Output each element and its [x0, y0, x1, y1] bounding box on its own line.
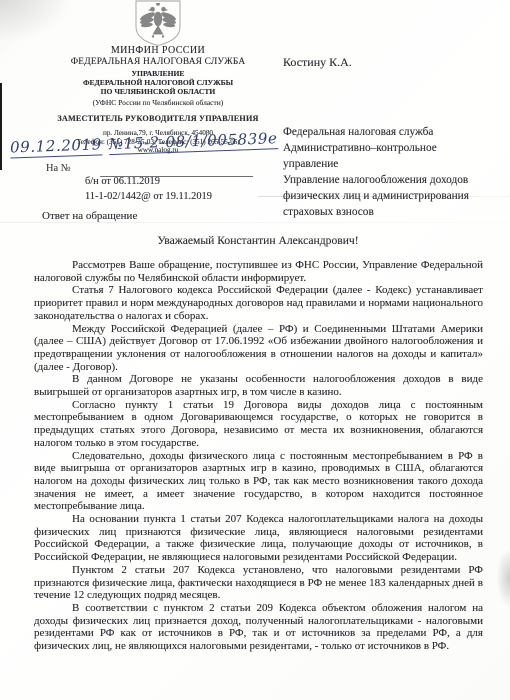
paragraph: На основании пункта 1 статьи 207 Кодекса…: [34, 513, 483, 564]
addressee-org-line: Управление налогообложения доходов: [283, 172, 508, 188]
paragraph: В соответствии с пунктом 2 статьи 209 Ко…: [34, 602, 483, 653]
addressee-name: Костину К.А.: [283, 55, 352, 70]
service-name: ФЕДЕРАЛЬНАЯ НАЛОГОВАЯ СЛУЖБА: [14, 57, 302, 68]
paragraph: Статья 7 Налогового кодекса Российской Ф…: [34, 284, 483, 322]
paragraph: Между Российской Федерацией (далее – РФ)…: [34, 323, 483, 374]
scan-artifact-left-edge: [0, 83, 2, 170]
addressee-org-line: управление: [283, 156, 508, 172]
addressee-org-line: физических лиц и администрирования: [283, 188, 508, 204]
paragraph: Пунктом 2 статьи 207 Кодекса установлено…: [34, 564, 483, 602]
scan-corner-shadow: [0, 0, 70, 40]
department-name-line: ПО ЧЕЛЯБИНСКОЙ ОБЛАСТИ: [14, 88, 302, 97]
reference-numbers: б/н от 06.11.2019 11-1-02/1442@ от 19.11…: [85, 174, 212, 204]
ministry-name: МИНФИН РОССИИ: [14, 45, 302, 57]
reference-line: 11-1-02/1442@ от 19.11.2019: [85, 189, 212, 204]
reference-line: б/н от 06.11.2019: [85, 174, 212, 189]
letter-body: Рассмотрев Ваше обращение, поступившее и…: [34, 259, 483, 653]
paragraph: Согласно пункту 1 статьи 19 Договора вид…: [34, 399, 483, 450]
addressee-organization: Федеральная налоговая служба Администрат…: [283, 124, 508, 220]
paragraph: Рассмотрев Ваше обращение, поступившее и…: [34, 259, 483, 284]
addressee-org-line: страховых взносов: [283, 204, 508, 220]
coat-of-arms-icon: [129, 0, 187, 47]
incoming-number-label: На №: [46, 163, 71, 174]
paper-crease: [0, 222, 510, 223]
paragraph: В данном Договоре не указаны особенности…: [34, 373, 483, 398]
scan-smudge: [496, 548, 510, 608]
subject-line: Ответ на обращение: [42, 210, 137, 222]
department-abbreviation: (УФНС России по Челябинской области): [14, 98, 302, 107]
official-title: ЗАМЕСТИТЕЛЬ РУКОВОДИТЕЛЯ УПРАВЛЕНИЯ: [14, 114, 302, 123]
addressee-org-line: Административно–контрольное: [283, 140, 508, 156]
scanned-letter-page: МИНФИН РОССИИ ФЕДЕРАЛЬНАЯ НАЛОГОВАЯ СЛУЖ…: [0, 0, 510, 700]
paragraph: Следовательно, доходы физического лица с…: [34, 450, 483, 514]
handwritten-date: 09.12.2019: [10, 135, 103, 158]
addressee-org-line: Федеральная налоговая служба: [283, 124, 508, 140]
salutation: Уважаемый Константин Александрович!: [34, 234, 482, 247]
